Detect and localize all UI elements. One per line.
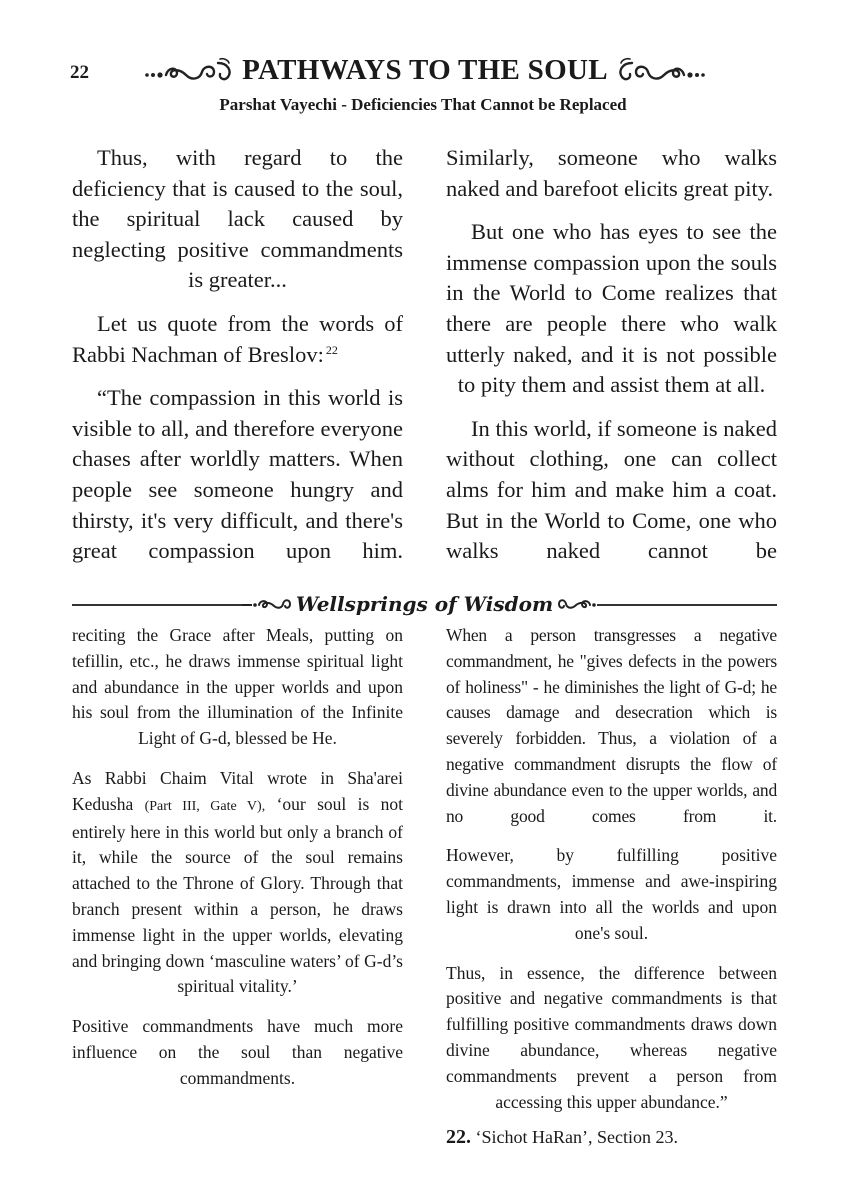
- paragraph-text: ‘our soul is not entirely here in this w…: [72, 794, 403, 997]
- footnote-reference[interactable]: 22: [326, 343, 338, 357]
- running-head: PATHWAYS TO THE SOUL: [130, 50, 720, 90]
- paragraph: But one who has eyes to see the immense …: [446, 217, 777, 401]
- paragraph: However, by fulfilling positive commandm…: [446, 843, 777, 946]
- flourish-left-icon: [144, 55, 236, 85]
- footnote-number: 22.: [446, 1126, 471, 1148]
- paragraph: Thus, with regard to the deficiency that…: [72, 143, 403, 296]
- paragraph: Similarly, someone who walks naked and b…: [446, 143, 777, 204]
- footnote: 22. ‘Sichot HaRan’, Section 23.: [446, 1125, 777, 1151]
- main-text-left-column: Thus, with regard to the deficiency that…: [72, 143, 403, 580]
- paragraph: Positive commandments have much more inf…: [72, 1014, 403, 1091]
- paragraph-text: Let us quote from the words of Rabbi Nac…: [72, 311, 403, 367]
- paragraph: In this world, if someone is naked witho…: [446, 414, 777, 567]
- commentary-right-column: When a person transgresses a negative co…: [446, 623, 777, 1161]
- commentary-left-column: reciting the Grace after Meals, putting …: [72, 623, 403, 1102]
- paragraph: Let us quote from the words of Rabbi Nac…: [72, 309, 403, 370]
- page-number: 22: [70, 62, 89, 84]
- divider-rule-left: [72, 604, 247, 606]
- flourish-right-icon: [614, 55, 706, 85]
- paragraph: As Rabbi Chaim Vital wrote in Sha'arei K…: [72, 766, 403, 1000]
- paragraph: “The compassion in this world is visible…: [72, 383, 403, 567]
- divider-label-wrap: Wellsprings of Wisdom: [242, 590, 607, 618]
- paragraph: Thus, in essence, the difference between…: [446, 961, 777, 1116]
- section-divider: Wellsprings of Wisdom: [72, 590, 777, 618]
- divider-label: Wellsprings of Wisdom: [296, 592, 553, 616]
- paragraph: When a person transgresses a negative co…: [446, 623, 777, 829]
- citation: (Part III, Gate V),: [145, 799, 266, 814]
- chapter-subtitle: Parshat Vayechi - Deficiencies That Cann…: [0, 95, 846, 115]
- footnote-text: ‘Sichot HaRan’, Section 23.: [476, 1127, 678, 1147]
- book-title: PATHWAYS TO THE SOUL: [242, 54, 608, 87]
- flourish-divider-icon: [242, 594, 292, 614]
- main-text-right-column: Similarly, someone who walks naked and b…: [446, 143, 777, 580]
- paragraph: reciting the Grace after Meals, putting …: [72, 623, 403, 752]
- divider-rule-right: [597, 604, 777, 606]
